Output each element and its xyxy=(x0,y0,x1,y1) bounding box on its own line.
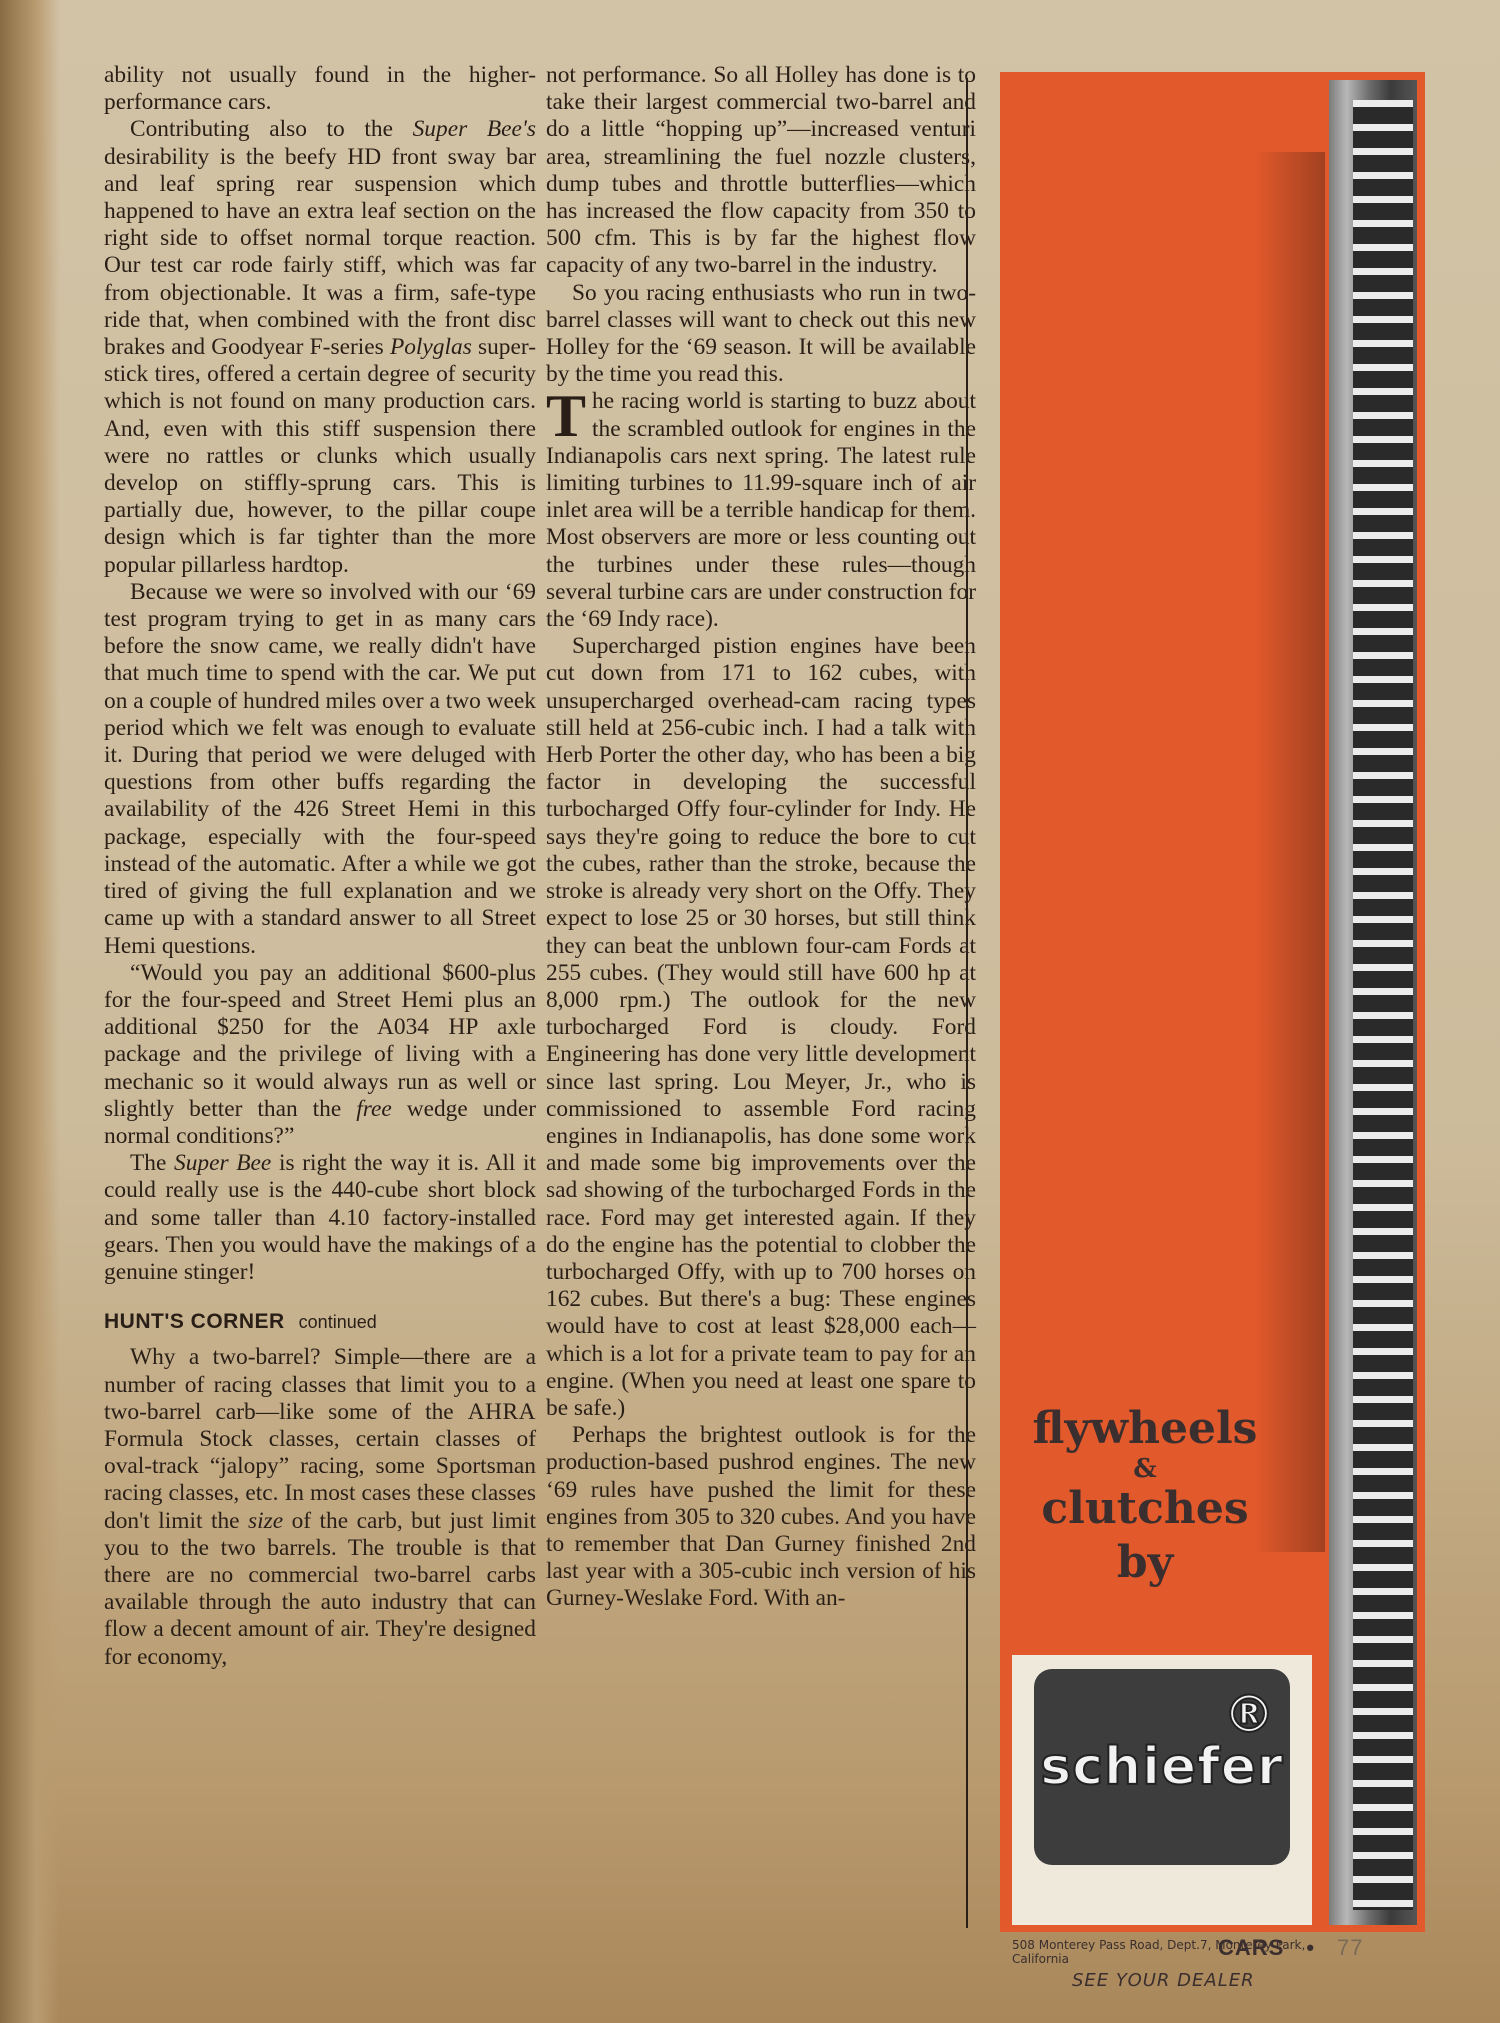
continued-label: continued xyxy=(299,1312,377,1332)
page-number: 77 xyxy=(1337,1935,1363,1960)
logo-panel: schiefer ® xyxy=(1012,1655,1312,1925)
paragraph-with-dropcap: The racing world is starting to buzz abo… xyxy=(546,388,976,633)
schiefer-logo: schiefer ® xyxy=(1034,1669,1290,1865)
ad-call-to-action: SEE YOUR DEALER xyxy=(1072,1970,1312,1991)
paragraph: not performance. So all Holley has done … xyxy=(546,62,976,280)
article-column-1: ability not usually found in the higher-… xyxy=(104,62,536,1671)
ad-shadow xyxy=(1255,152,1325,1552)
registered-mark: ® xyxy=(1217,1685,1282,1745)
ad-headline: flywheels & clutches by xyxy=(1000,1402,1290,1590)
paragraph: “Would you pay an additional $600-plus f… xyxy=(104,960,536,1150)
column-divider-rule xyxy=(966,78,968,1928)
paragraph: ability not usually found in the higher-… xyxy=(104,62,536,116)
paragraph: Why a two-barrel? Simple—there are a num… xyxy=(104,1344,536,1670)
schiefer-advertisement: flywheels & clutches by schiefer ® 508 M… xyxy=(1000,72,1425,1932)
section-heading: HUNT'S CORNERcontinued xyxy=(104,1308,536,1336)
drop-cap: T xyxy=(546,392,586,440)
page-gutter-shadow xyxy=(0,0,60,2023)
paragraph: Because we were so involved with our ‘69… xyxy=(104,579,536,960)
article-column-2: not performance. So all Holley has done … xyxy=(546,62,976,1613)
gear-teeth-icon xyxy=(1353,100,1413,1910)
magazine-name: CARS xyxy=(1218,1935,1284,1960)
bullet-separator: • xyxy=(1306,1935,1315,1960)
paragraph: Perhaps the brightest outlook is for the… xyxy=(546,1422,976,1612)
paragraph: Supercharged pistion engines have been c… xyxy=(546,633,976,1422)
paragraph: Contributing also to the Super Bee's des… xyxy=(104,116,536,578)
paragraph: The Super Bee is right the way it is. Al… xyxy=(104,1150,536,1286)
paragraph: So you racing enthusiasts who run in two… xyxy=(546,280,976,389)
page-footer: CARS•77 xyxy=(1218,1935,1364,1961)
